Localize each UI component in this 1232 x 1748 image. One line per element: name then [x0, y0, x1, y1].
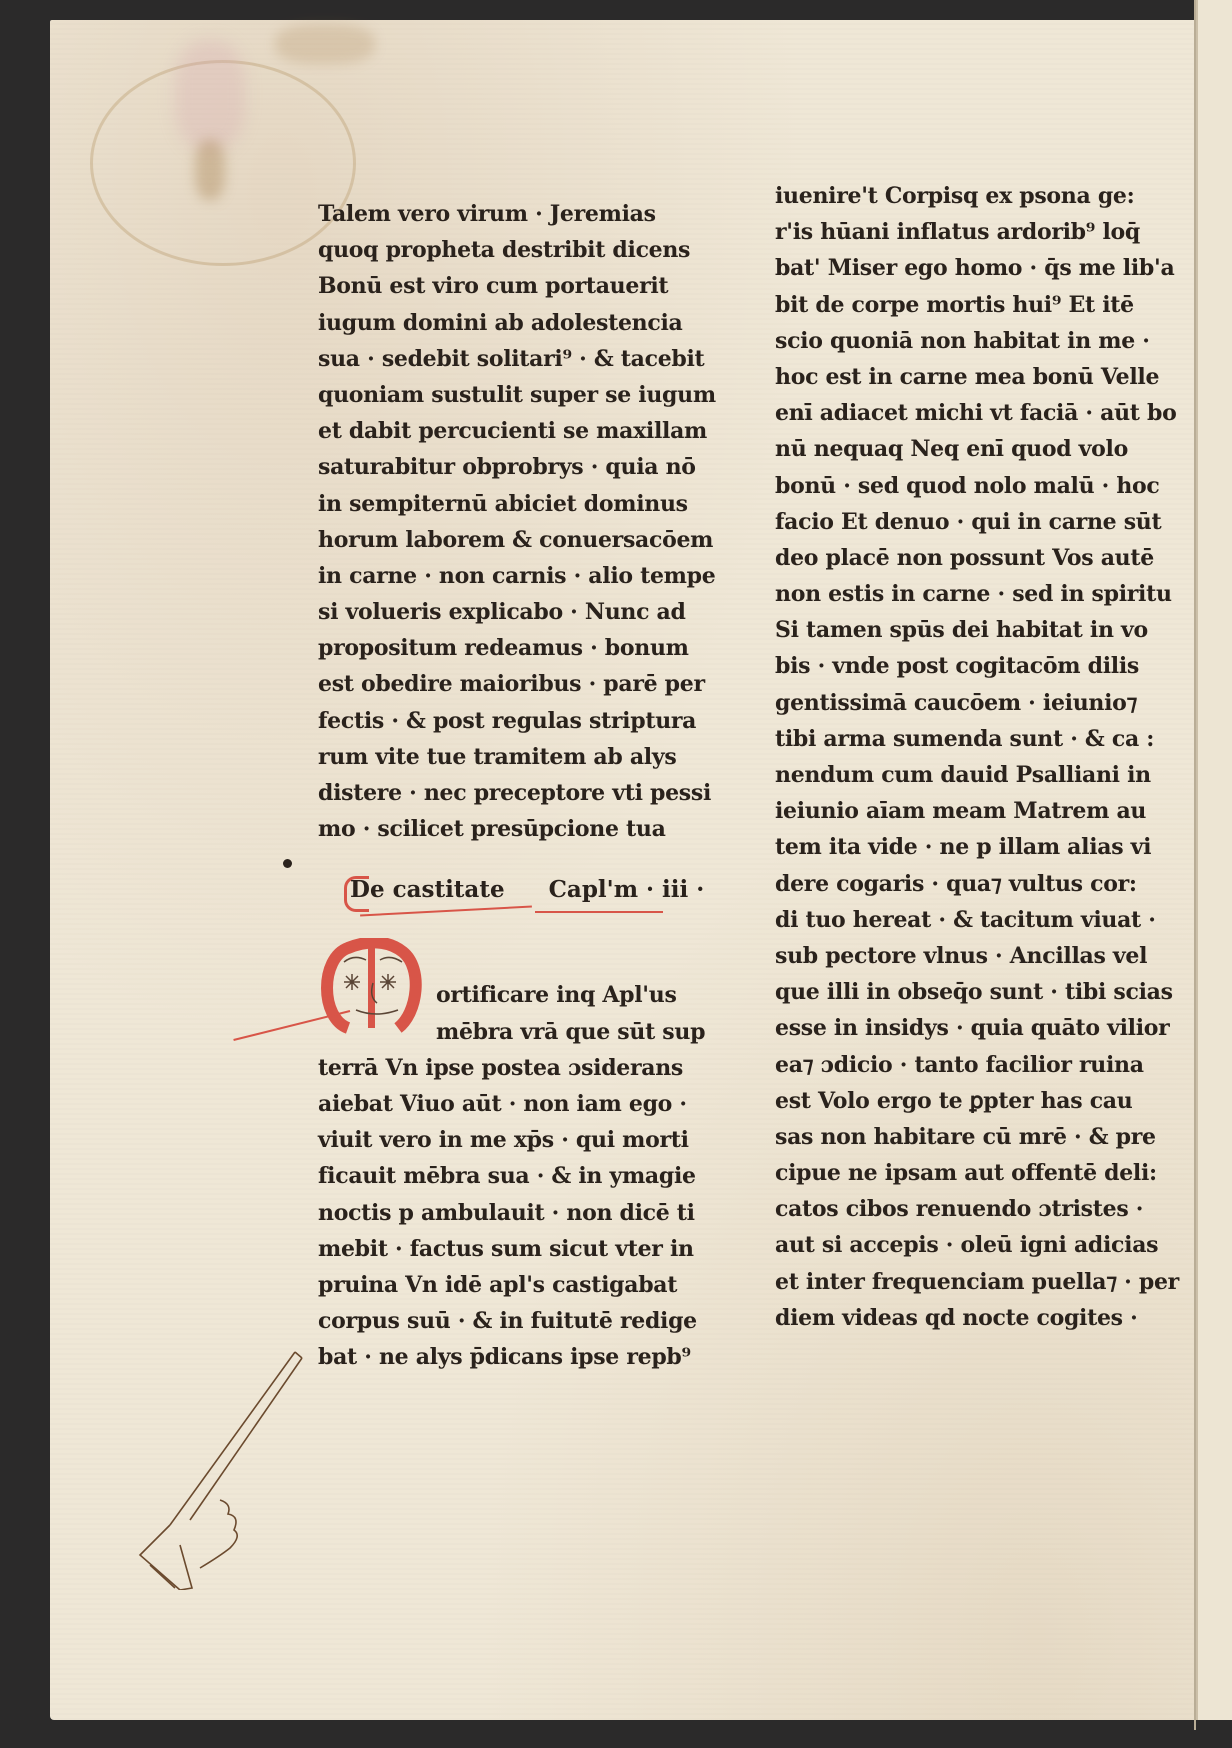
- ink-dot: [283, 859, 292, 868]
- heading-rule: [535, 911, 663, 913]
- text-line: viuit vero in me xp̄s · qui morti: [318, 1122, 688, 1158]
- text-line: quoq propheta destribit dicens: [318, 232, 688, 268]
- right-column: iuenire't Corpisq ex psona ge:r'is hūani…: [775, 178, 1135, 1336]
- text-line: nendum cum dauid Psalliani in: [775, 757, 1135, 793]
- text-line: non estis in carne · sed in spiritu: [775, 576, 1135, 612]
- manicule-icon: [110, 1350, 310, 1590]
- text-line: ficauit mēbra sua · & in ymagie: [318, 1158, 688, 1194]
- text-line: Talem vero virum · Jeremias: [318, 196, 688, 232]
- text-line: saturabitur obprobrys · quia nō: [318, 449, 688, 485]
- text-line: bit de corpe mortis hui⁹ Et itē: [775, 287, 1135, 323]
- text-line: aut si accepis · oleū igni adicias: [775, 1227, 1135, 1263]
- text-line: aiebat Viuo aūt · non iam ego ·: [318, 1086, 688, 1122]
- text-line: dere cogaris · qua⁊ vultus cor:: [775, 866, 1135, 902]
- decorated-initial-face-icon: [318, 938, 436, 1034]
- pink-stain: [175, 40, 245, 150]
- text-line: et inter frequenciam puella⁊ · per: [775, 1264, 1135, 1300]
- text-line: sua · sedebit solitari⁹ · & tacebit: [318, 341, 688, 377]
- next-page-edge: [1196, 0, 1232, 1720]
- text-line: ea⁊ ɔdicio · tanto facilior ruina: [775, 1047, 1135, 1083]
- text-line: ieiunio aīam meam Matrem au: [775, 793, 1135, 829]
- text-line: iuenire't Corpisq ex psona ge:: [775, 178, 1135, 214]
- text-line: facio Et denuo · qui in carne sūt: [775, 504, 1135, 540]
- text-line: noctis p ambulauit · non dicē ti: [318, 1195, 688, 1231]
- text-line: in carne · non carnis · alio tempe: [318, 558, 688, 594]
- text-line: tibi arma sumenda sunt · & ca :: [775, 721, 1135, 757]
- text-line: bonū · sed quod nolo malū · hoc: [775, 468, 1135, 504]
- text-line: bis · vnde post cogitacōm dilis: [775, 648, 1135, 684]
- text-line: scio quoniā non habitat in me ·: [775, 323, 1135, 359]
- text-line: catos cibos renuendo ɔtristes ·: [775, 1191, 1135, 1227]
- text-line: deo placē non possunt Vos autē: [775, 540, 1135, 576]
- text-line: hoc est in carne mea bonū Velle: [775, 359, 1135, 395]
- text-line: Si tamen spūs dei habitat in vo: [775, 612, 1135, 648]
- brown-stain-top: [275, 24, 375, 64]
- chapter-title: De castitate: [350, 876, 505, 903]
- text-line: sub pectore vlnus · Ancillas vel: [775, 938, 1135, 974]
- text-line: iugum domini ab adolestencia: [318, 305, 688, 341]
- text-line: si volueris explicabo · Nunc ad: [318, 594, 688, 630]
- chapter-number: Capl'm · iii ·: [549, 876, 705, 903]
- brown-stain: [195, 140, 225, 200]
- text-line: nū nequaq Neq enī quod volo: [775, 431, 1135, 467]
- text-line: pruina Vn idē apl's castigabat: [318, 1267, 688, 1303]
- text-line: horum laborem & conuersacōem: [318, 522, 688, 558]
- text-line: sas non habitare cū mrē · & pre: [775, 1119, 1135, 1155]
- text-line: enī adiacet michi vt faciā · aūt bo: [775, 395, 1135, 431]
- text-line: r'is hūani inflatus ardorib⁹ loq̄: [775, 214, 1135, 250]
- text-line: propositum redeamus · bonum: [318, 630, 688, 666]
- text-line: est obedire maioribus · parē per: [318, 666, 688, 702]
- text-line: gentissimā caucōem · ieiunio⁊: [775, 685, 1135, 721]
- text-line: rum vite tue tramitem ab alys: [318, 739, 688, 775]
- left-column: Talem vero virum · Jeremiasquoq propheta…: [318, 196, 688, 1375]
- text-line: fectis · & post regulas striptura: [318, 703, 688, 739]
- text-line: et dabit percucienti se maxillam: [318, 413, 688, 449]
- text-line: Bonū est viro cum portauerit: [318, 268, 688, 304]
- text-line: bat' Miser ego homo · q̄s me lib'a: [775, 250, 1135, 286]
- text-line: bat · ne alys p̄dicans ipse repb⁹: [318, 1339, 688, 1375]
- text-line: que illi in obseq̄o sunt · tibi scias: [775, 974, 1135, 1010]
- chapter-heading: De castitate Capl'm · iii ·: [350, 876, 704, 903]
- text-line: esse in insidys · quia quāto vilior: [775, 1010, 1135, 1046]
- text-line: est Volo ergo te ꝑpter has cau: [775, 1083, 1135, 1119]
- text-line: distere · nec preceptore vti pessi: [318, 775, 688, 811]
- text-line: di tuo hereat · & tacitum viuat ·: [775, 902, 1135, 938]
- text-line: corpus suū · & in fuitutē redige: [318, 1303, 688, 1339]
- text-line: in sempiternū abiciet dominus: [318, 486, 688, 522]
- text-line: tem ita vide · ne p illam alias vi: [775, 829, 1135, 865]
- text-line: mebit · factus sum sicut vter in: [318, 1231, 688, 1267]
- text-line: diem videas qd nocte cogites ·: [775, 1300, 1135, 1336]
- text-line: terrā Vn ipse postea ɔsiderans: [318, 1050, 688, 1086]
- text-line: cipue ne ipsam aut offentē deli:: [775, 1155, 1135, 1191]
- text-line: quoniam sustulit super se iugum: [318, 377, 688, 413]
- text-line: mo · scilicet presūpcione tua: [318, 811, 688, 847]
